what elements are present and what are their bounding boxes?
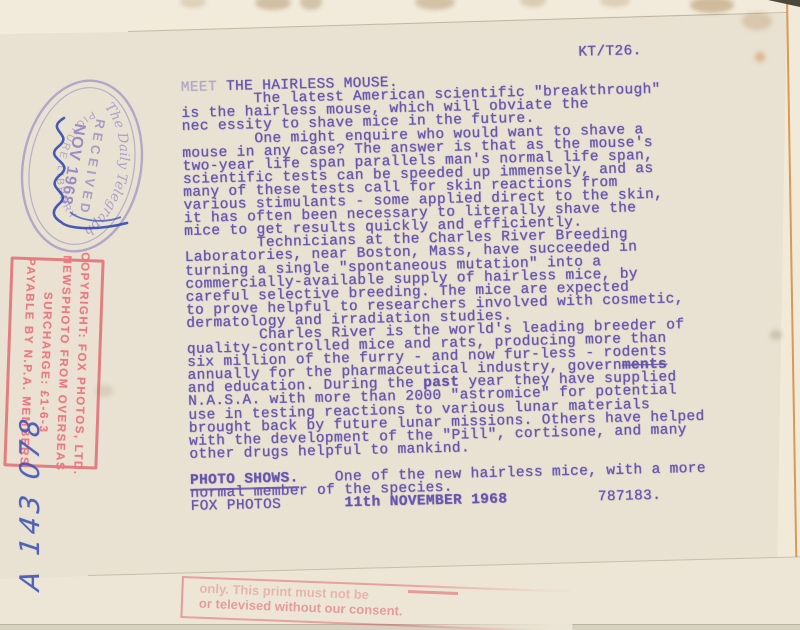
photo-back-scan: { "colors": { "paper": "#E9E1D1", "typew… xyxy=(0,0,800,630)
typed-caption: KT/T26. MEET THE HAIRLESS MOUSE. The lat… xyxy=(180,44,711,514)
handwritten-number: A 143 078 xyxy=(15,396,57,594)
signature-scrawl xyxy=(28,112,140,244)
stain xyxy=(755,52,765,62)
stain xyxy=(770,330,782,340)
stain xyxy=(742,12,772,30)
